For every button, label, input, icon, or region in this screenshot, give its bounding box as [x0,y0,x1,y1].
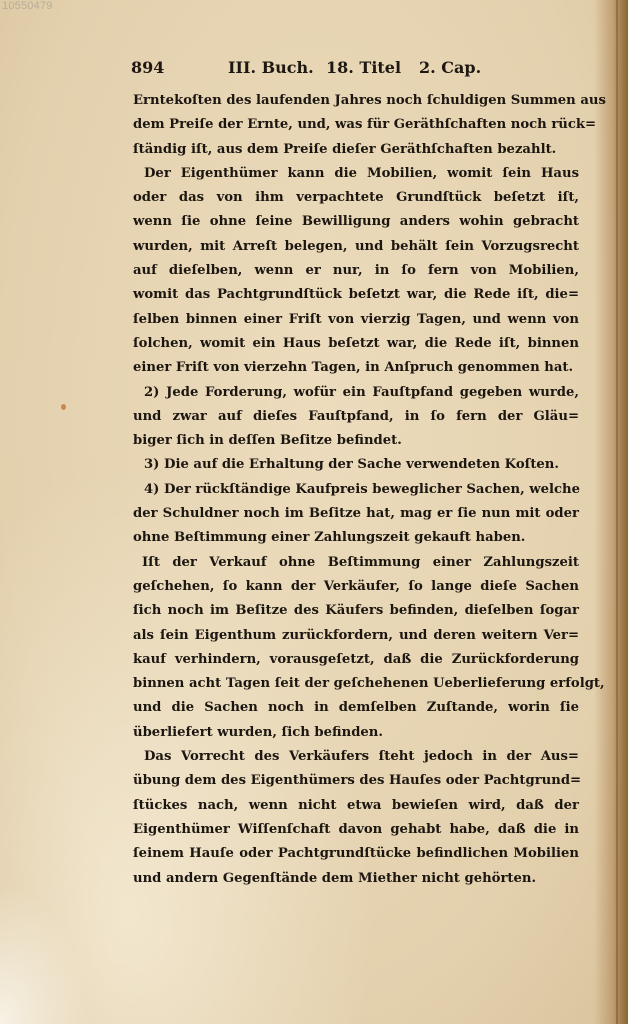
text-line: Iſt der Verkauf ohne Beſtimmung einer Za… [133,551,579,575]
text-line: der Schuldner noch im Beſitze hat, mag e… [133,502,579,526]
text-line: ſolchen, womit ein Haus beſetzt war, die… [133,332,579,356]
text-line: überliefert wurden, ſich befinden. [133,721,579,745]
list-item-4: 4) Der rückſtändige Kaufpreis bewegliche… [133,478,579,502]
header-book: III. Buch. [228,58,314,77]
text-line: Eigenthümer Wiſſenſchaft davon gehabt ha… [133,818,579,842]
text-line: Erntekoſten des laufenden Jahres noch ſc… [133,89,579,113]
paper-stain [0,884,90,1024]
text-line: ohne Beſtimmung einer Zahlungszeit gekau… [133,526,579,550]
text-line: und die Sachen noch in demſelben Zuſtand… [133,696,579,720]
text-line: ſtändig iſt, aus dem Preiſe dieſer Gerät… [133,138,579,162]
page-number: 894 [131,58,164,77]
page-gutter-shadow [594,0,628,1024]
text-line: geſchehen, ſo kann der Verkäufer, ſo lan… [133,575,579,599]
text-line: wurden, mit Arreſt belegen, und behält ſ… [133,235,579,259]
text-line: auf dieſelben, wenn er nur, in ſo fern v… [133,259,579,283]
header-title: 18. Titel [326,58,401,77]
text-line: als ſein Eigenthum zurückfordern, und de… [133,624,579,648]
body-text: Erntekoſten des laufenden Jahres noch ſc… [133,89,579,891]
text-line: dem Preiſe der Ernte, und, was für Gerät… [133,113,579,137]
text-line: Der Eigenthümer kann die Mobilien, womit… [133,162,579,186]
page-edge-line [616,0,618,1024]
text-line: Das Vorrecht des Verkäufers ſteht jedoch… [133,745,579,769]
text-line: womit das Pachtgrundſtück beſetzt war, d… [133,283,579,307]
header-chapter: 2. Cap. [419,58,481,77]
list-item-3: 3) Die auf die Erhaltung der Sache verwe… [133,453,579,477]
list-item-2: 2) Jede Forderung, wofür ein Fauſtpfand … [133,381,579,405]
running-header: 894 III. Buch. 18. Titel 2. Cap. [131,58,491,82]
text-line: oder das von ihm verpachtete Grundſtück … [133,186,579,210]
ink-spot [61,404,66,410]
text-line: und zwar auf dieſes Fauſtpfand, in ſo fe… [133,405,579,429]
text-line: einer Friſt von vierzehn Tagen, in Anſpr… [133,356,579,380]
scan-id-label: 10550479 [2,0,53,12]
text-line: übung dem des Eigenthümers des Hauſes od… [133,769,579,793]
text-line: ſich noch im Beſitze des Käufers befinde… [133,599,579,623]
text-line: wenn ſie ohne ſeine Bewilligung anders w… [133,210,579,234]
scanned-page: 10550479 894 III. Buch. 18. Titel 2. Cap… [0,0,628,1024]
text-line: kauf verhindern, vorausgeſetzt, daß die … [133,648,579,672]
text-line: biger ſich in deſſen Beſitze befindet. [133,429,579,453]
text-line: ſelben binnen einer Friſt von vierzig Ta… [133,308,579,332]
text-line: und andern Gegenſtände dem Miether nicht… [133,867,579,891]
text-line: ſtückes nach, wenn nicht etwa bewieſen w… [133,794,579,818]
text-line: binnen acht Tagen ſeit der geſchehenen U… [133,672,579,696]
text-line: ſeinem Hauſe oder Pachtgrundſtücke befin… [133,842,579,866]
